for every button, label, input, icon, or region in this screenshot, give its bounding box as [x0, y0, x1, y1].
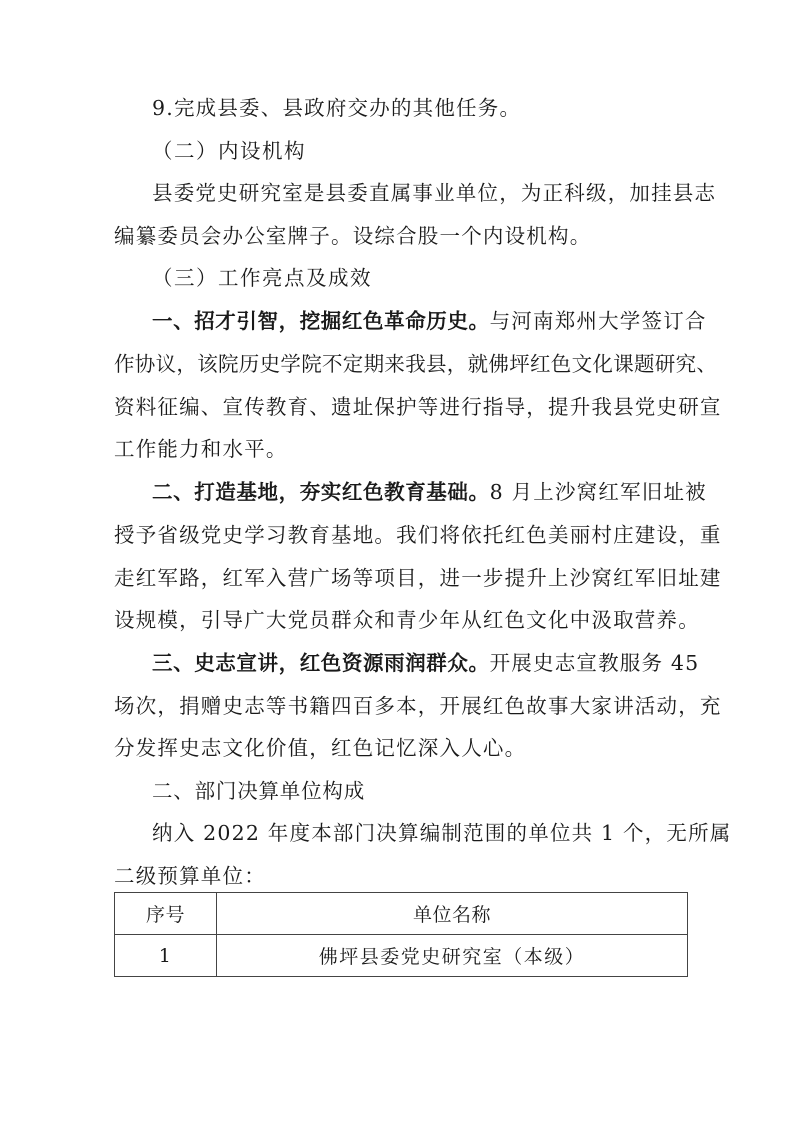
- highlight-1-line-3: 资料征编、宣传教育、遗址保护等进行指导，提升我县党史研宣: [114, 393, 694, 421]
- highlight-2-line-2: 授予省级党史学习教育基地。我们将依托红色美丽村庄建设，重: [114, 521, 694, 549]
- highlight-1-line-4: 工作能力和水平。: [114, 435, 694, 463]
- heading-unit-composition: 二、部门决算单位构成: [152, 777, 694, 805]
- paragraph-units-line-1: 纳入 2022 年度本部门决算编制范围的单位共 1 个，无所属: [152, 819, 694, 847]
- heading-internal-structure: （二）内设机构: [152, 137, 694, 165]
- highlight-3-line-3: 分发挥史志文化价值，红色记忆深入人心。: [114, 734, 694, 762]
- highlight-3-text: 开展史志宣教服务 45: [490, 651, 700, 675]
- highlight-1-text: 与河南郑州大学签订合: [490, 309, 707, 333]
- highlight-2-line-4: 设规模，引导广大党员群众和青少年从红色文化中汲取营养。: [114, 606, 694, 634]
- header-serial-number: 序号: [115, 893, 217, 935]
- paragraph-units-line-2: 二级预算单位：: [114, 862, 694, 890]
- cell-unit-name: 佛坪县委党史研究室（本级）: [217, 935, 688, 977]
- highlight-3-line-2: 场次，捐赠史志等书籍四百多本，开展红色故事大家讲活动，充: [114, 692, 694, 720]
- units-table: 序号 单位名称 1 佛坪县委党史研究室（本级）: [114, 892, 688, 977]
- highlight-1-title: 一、招才引智，挖掘红色革命历史。: [152, 309, 490, 333]
- highlight-3-title: 三、史志宣讲，红色资源雨润群众。: [152, 651, 490, 675]
- highlight-1-line-2: 作协议，该院历史学院不定期来我县，就佛坪红色文化课题研究、: [114, 350, 694, 378]
- highlight-2-text: 8 月上沙窝红军旧址被: [490, 480, 707, 504]
- paragraph-internal-line-1: 县委党史研究室是县委直属事业单位，为正科级，加挂县志: [152, 179, 694, 207]
- cell-serial-number: 1: [115, 935, 217, 977]
- highlight-3-line-1: 三、史志宣讲，红色资源雨润群众。开展史志宣教服务 45: [152, 649, 694, 677]
- table-header-row: 序号 单位名称: [115, 893, 688, 935]
- heading-highlights: （三）工作亮点及成效: [152, 264, 694, 292]
- paragraph-internal-line-2: 编纂委员会办公室牌子。设综合股一个内设机构。: [114, 222, 694, 250]
- highlight-2-title: 二、打造基地，夯实红色教育基础。: [152, 480, 490, 504]
- highlight-2-line-3: 走红军路，红军入营广场等项目，进一步提升上沙窝红军旧址建: [114, 564, 694, 592]
- table-row: 1 佛坪县委党史研究室（本级）: [115, 935, 688, 977]
- header-unit-name: 单位名称: [217, 893, 688, 935]
- task-item-9: 9.完成县委、县政府交办的其他任务。: [152, 94, 694, 122]
- highlight-2-line-1: 二、打造基地，夯实红色教育基础。8 月上沙窝红军旧址被: [152, 478, 694, 506]
- highlight-1-line-1: 一、招才引智，挖掘红色革命历史。与河南郑州大学签订合: [152, 307, 694, 335]
